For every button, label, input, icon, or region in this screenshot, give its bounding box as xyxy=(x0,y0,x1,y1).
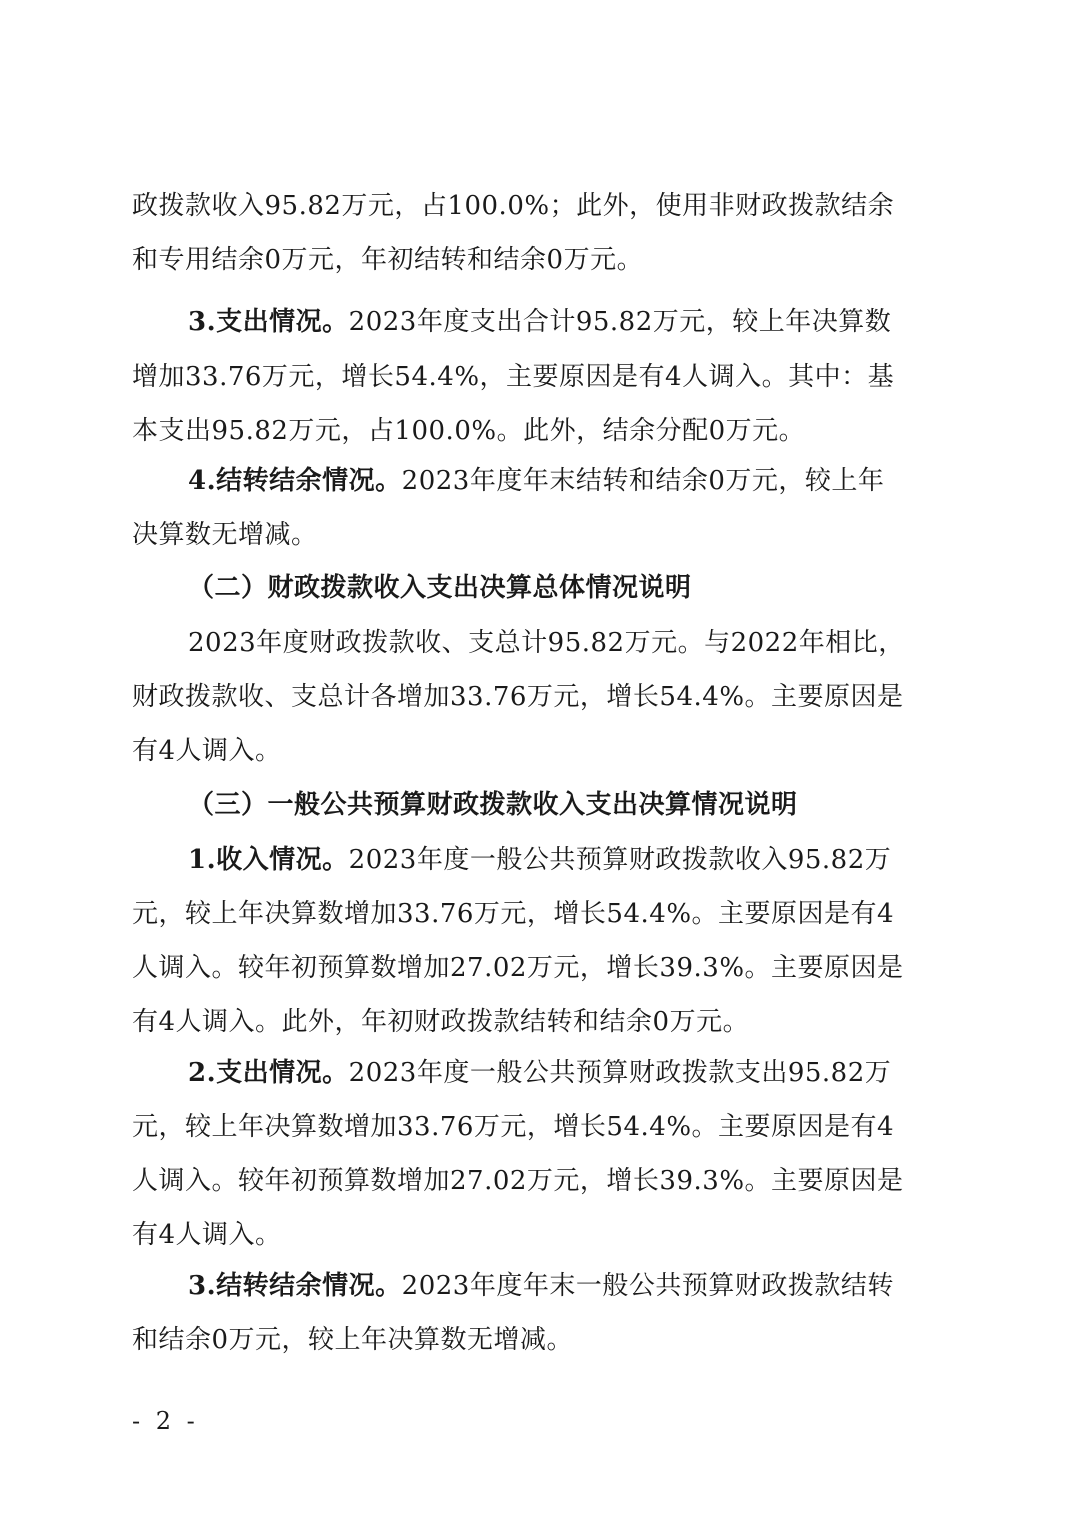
balance-text: 2023年度年末结转和结余0万元，较上年 xyxy=(402,466,885,496)
page-number: - 2 - xyxy=(132,1406,199,1436)
section-heading-2: （二）财政拨款收入支出决算总体情况说明 xyxy=(188,568,692,608)
gp-balance-lead: 3.结转结余情况。 xyxy=(188,1271,402,1301)
income-paragraph-line-3: 人调入。较年初预算数增加27.02万元，增长39.3%。主要原因是 xyxy=(132,948,904,988)
gp-expense-paragraph-line-2: 元，较上年决算数增加33.76万元，增长54.4%。主要原因是有4 xyxy=(132,1107,894,1147)
paragraph-line: 和专用结余0万元，年初结转和结余0万元。 xyxy=(132,240,643,280)
gp-expense-text: 2023年度一般公共预算财政拨款支出95.82万 xyxy=(349,1058,892,1088)
income-paragraph-line-4: 有4人调入。此外，年初财政拨款结转和结余0万元。 xyxy=(132,1002,749,1042)
gp-expense-lead: 2.支出情况。 xyxy=(188,1058,349,1088)
expense-paragraph-line-2: 增加33.76万元，增长54.4%，主要原因是有4人调入。其中：基 xyxy=(132,357,894,397)
balance-paragraph-line-2: 决算数无增减。 xyxy=(132,515,318,555)
income-paragraph-line-2: 元，较上年决算数增加33.76万元，增长54.4%。主要原因是有4 xyxy=(132,894,894,934)
section-2-line-3: 有4人调入。 xyxy=(132,731,282,771)
income-lead: 1.收入情况。 xyxy=(188,845,349,875)
expense-paragraph-line-1: 3.支出情况。2023年度支出合计95.82万元，较上年决算数 xyxy=(188,302,891,342)
balance-paragraph-line-1: 4.结转结余情况。2023年度年末结转和结余0万元，较上年 xyxy=(188,461,884,501)
paragraph-line: 政拨款收入95.82万元，占100.0%；此外，使用非财政拨款结余 xyxy=(132,186,894,226)
section-heading-3: （三）一般公共预算财政拨款收入支出决算情况说明 xyxy=(188,785,798,825)
income-paragraph-line-1: 1.收入情况。2023年度一般公共预算财政拨款收入95.82万 xyxy=(188,840,891,880)
balance-lead: 4.结转结余情况。 xyxy=(188,466,402,496)
gp-balance-paragraph-line-1: 3.结转结余情况。2023年度年末一般公共预算财政拨款结转 xyxy=(188,1266,894,1306)
expense-paragraph-line-3: 本支出95.82万元，占100.0%。此外，结余分配0万元。 xyxy=(132,411,805,451)
expense-text: 2023年度支出合计95.82万元，较上年决算数 xyxy=(349,307,892,337)
section-2-line-1: 2023年度财政拨款收、支总计95.82万元。与2022年相比， xyxy=(188,623,905,663)
gp-expense-paragraph-line-4: 有4人调入。 xyxy=(132,1215,282,1255)
gp-expense-paragraph-line-3: 人调入。较年初预算数增加27.02万元，增长39.3%。主要原因是 xyxy=(132,1161,904,1201)
expense-lead: 3.支出情况。 xyxy=(188,307,349,337)
section-2-line-2: 财政拨款收、支总计各增加33.76万元，增长54.4%。主要原因是 xyxy=(132,677,904,717)
gp-expense-paragraph-line-1: 2.支出情况。2023年度一般公共预算财政拨款支出95.82万 xyxy=(188,1053,891,1093)
gp-balance-text: 2023年度年末一般公共预算财政拨款结转 xyxy=(402,1271,894,1301)
gp-balance-paragraph-line-2: 和结余0万元，较上年决算数无增减。 xyxy=(132,1320,573,1360)
income-text: 2023年度一般公共预算财政拨款收入95.82万 xyxy=(349,845,892,875)
